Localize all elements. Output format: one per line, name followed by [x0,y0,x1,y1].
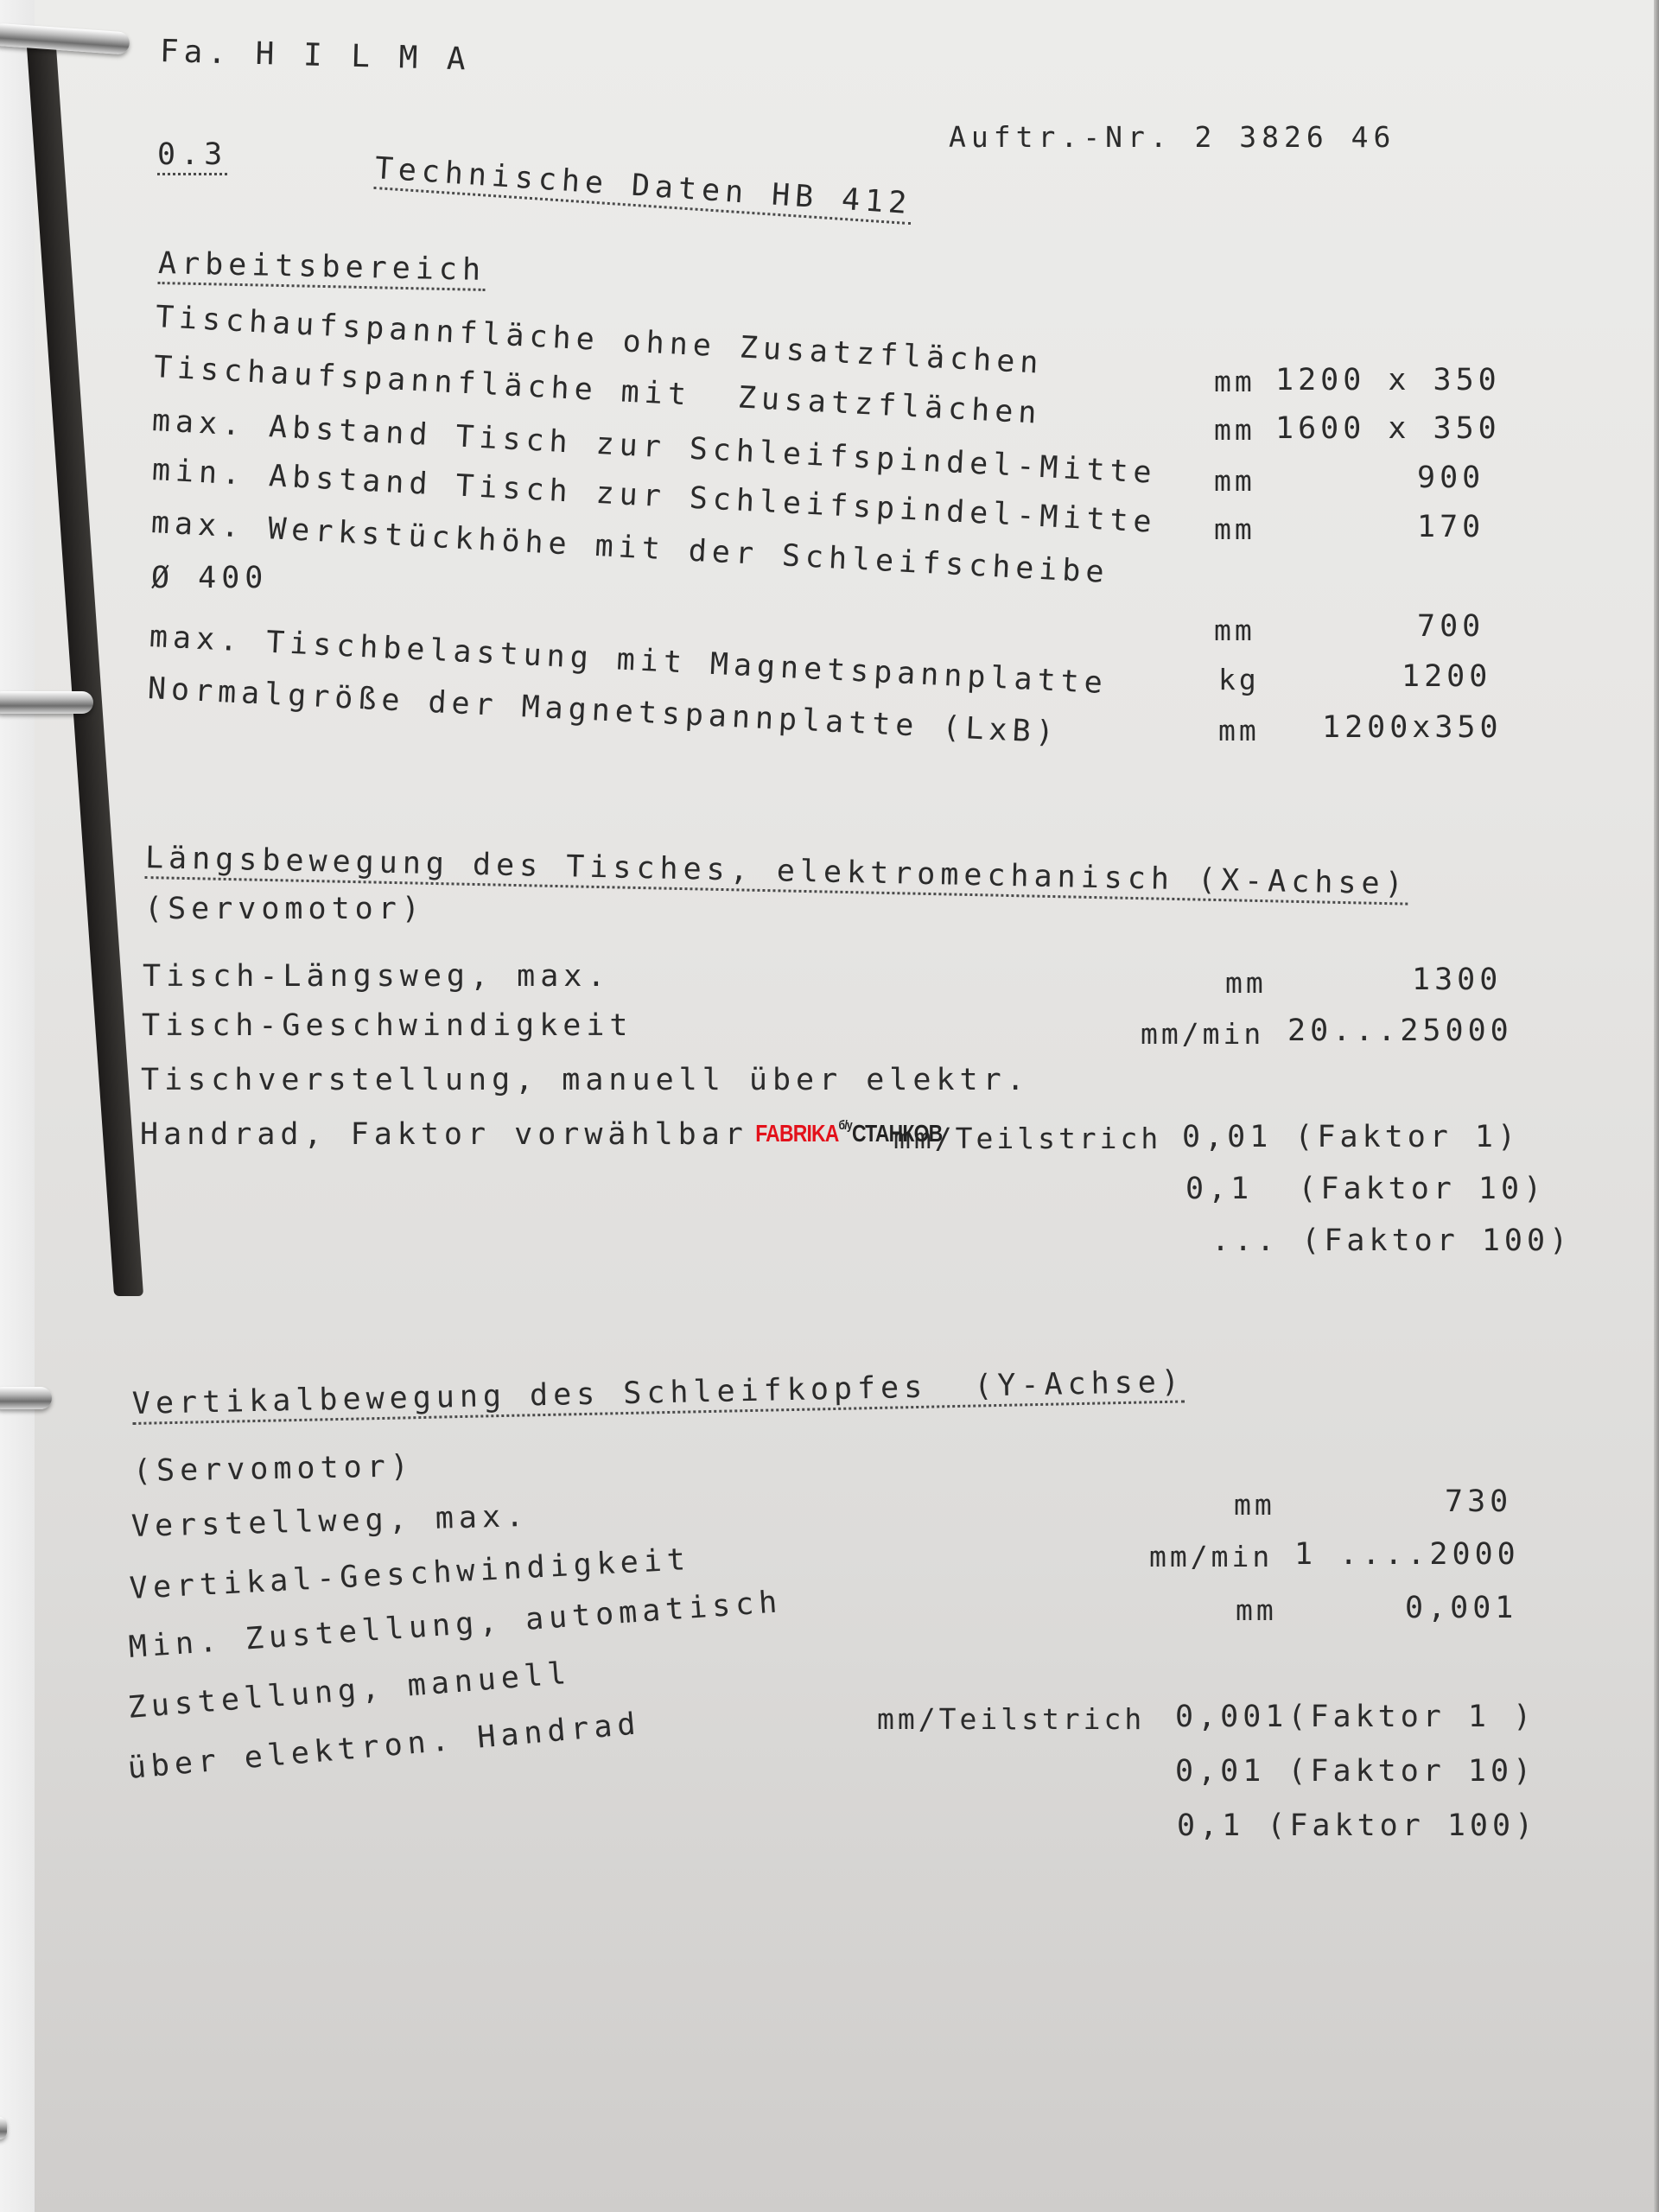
watermark-brand-red: FABRIKA [755,1120,838,1147]
spec-value: 1200x350 [1322,710,1503,745]
spec-unit: mm [1214,512,1255,546]
document-page: Fa. H I L M A 0.3 Technische Daten HB 41… [0,0,1659,2212]
spec-value: 730 [1445,1484,1512,1519]
spec-label: Verstellweg, max. [131,1502,530,1542]
binder-ring-icon [0,691,93,714]
spec-value: 700 [1417,609,1484,644]
spec-label: über elektron. Handrad [126,1709,641,1784]
section-number: 0.3 [157,140,227,175]
spec-unit: mm [1218,714,1260,747]
watermark-brand-dark: СТАНКОВ [852,1120,942,1147]
section-heading-vertikalbewegung: Vertikalbewegung des Schleifkopfes (Y-Ac… [132,1367,1185,1425]
binder-spine [26,35,143,1296]
spec-value: 170 [1417,510,1484,544]
spec-unit: mm/Teilstrich [877,1702,1145,1736]
spec-value: 900 [1417,461,1484,495]
spec-label-continued: Ø 400 [151,563,268,594]
spec-unit: mm [1214,613,1255,647]
spec-unit: mm [1236,1593,1277,1627]
spec-unit: mm [1234,1488,1275,1522]
spec-value: ... (Faktor 100) [1211,1224,1572,1258]
spec-value: 1600 x 350 [1275,411,1501,446]
spec-value: 0,01 (Faktor 1) [1182,1120,1520,1154]
watermark-logo: FABRIKAб/уСТАНКОВ [736,1090,942,1175]
watermark-superscript: б/у [839,1118,852,1133]
spec-label: (Servomotor) [133,1452,414,1487]
spec-label: Tisch-Längsweg, max. [143,962,610,992]
spec-label: (Servomotor) [144,894,425,925]
spec-value: 0,01 (Faktor 10) [1175,1754,1535,1789]
binder-ring-icon [0,1387,52,1409]
company-name: Fa. H I L M A [160,36,472,75]
spec-unit: mm [1214,464,1255,498]
page-title: Technische Daten HB 412 [373,154,912,225]
binder-cover [0,0,35,2212]
spec-unit: mm [1214,365,1255,398]
spec-value: 0,001 [1405,1591,1517,1625]
spec-value: 0,001(Faktor 1 ) [1175,1700,1535,1734]
spec-value: 0,1 (Faktor 10) [1185,1172,1546,1206]
spec-label: Zustellung, manuell [127,1659,573,1724]
spec-unit: mm/min [1149,1540,1273,1573]
spec-value: 0,1 (Faktor 100) [1177,1808,1537,1843]
spec-label: Tisch-Geschwindigkeit [142,1011,633,1041]
spec-value: 1 ....2000 [1294,1537,1520,1572]
spec-unit: mm/min [1141,1017,1264,1051]
spec-label: Vertikal-Geschwindigkeit [129,1545,691,1605]
spec-value: 1300 [1412,963,1502,997]
section-heading-arbeitsbereich: Arbeitsbereich [158,249,486,291]
spec-unit: kg [1218,663,1260,696]
spec-value: 1200 x 350 [1275,363,1501,397]
spec-unit: mm [1214,413,1255,447]
order-number: Auftr.-Nr. 2 3826 46 [949,123,1395,151]
spec-unit: mm [1225,966,1267,1000]
spec-label: Handrad, Faktor vorwählbar [140,1120,748,1150]
page-edge [1654,0,1659,2212]
spec-value: 20...25000 [1287,1014,1513,1048]
spec-value: 1200 [1402,659,1491,694]
